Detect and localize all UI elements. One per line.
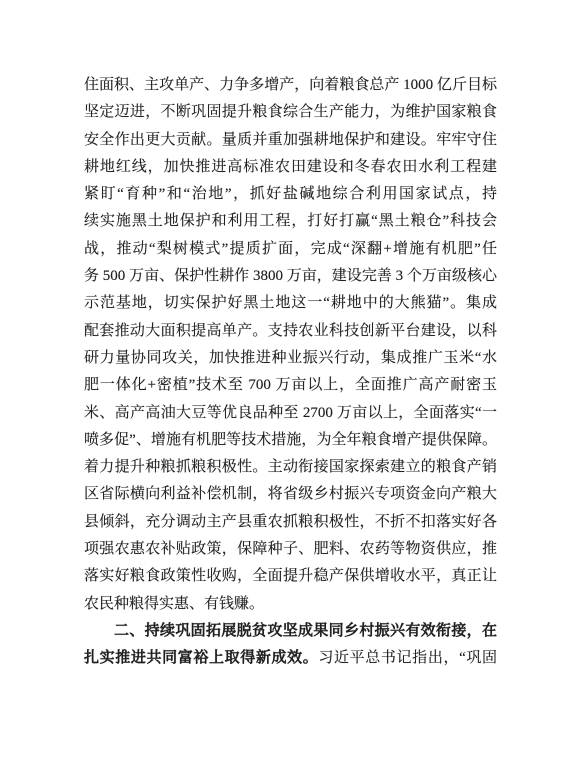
body-text-run: 示范基地，切实保护好黑土地这一“耕地中的大熊猫”。集成 [84, 295, 497, 311]
body-text-run: 县倾斜，充分调动主产县重农抓粮积极性，不折不扣落实好各 [84, 514, 497, 530]
body-text-run: 区省际横向利益补偿机制，将省级乡村振兴专项资金向产粮大 [84, 486, 497, 502]
text-line: 农民种粮得实惠、有钱赚。 [84, 591, 497, 618]
text-line: 战，推动“梨树模式”提质扩面，完成“深翻+增施有机肥”任 [84, 236, 497, 263]
body-text-run: 住面积、主攻单产、力争多增产，向着粮食总产 1000 亿斤目标 [84, 77, 497, 93]
text-line: 着力提升种粮抓粮积极性。主动衔接国家探索建立的粮食产销 [84, 454, 497, 481]
text-line: 住面积、主攻单产、力争多增产，向着粮食总产 1000 亿斤目标 [84, 72, 497, 99]
text-line: 米、高产高油大豆等优良品种至 2700 万亩以上，全面落实“一 [84, 400, 497, 427]
body-text-run: 喷多促”、增施有机肥等技术措施，为全年粮食增产提供保障。 [84, 432, 497, 448]
text-line: 安全作出更大贡献。量质并重加强耕地保护和建设。牢牢守住 [84, 127, 497, 154]
text-line: 落实好粮食政策性收购，全面提升稳产保供增收水平，真正让 [84, 563, 497, 590]
text-line: 研力量协同攻关，加快推进种业振兴行动，集成推广玉米“水 [84, 345, 497, 372]
body-text-run: 米、高产高油大豆等优良品种至 2700 万亩以上，全面落实“一 [84, 405, 497, 421]
section-heading-run: 扎实推进共同富裕上取得新成效。 [84, 650, 318, 666]
text-line: 耕地红线，加快推进高标准农田建设和冬春农田水利工程建设， [84, 154, 497, 181]
body-text-run: 落实好粮食政策性收购，全面提升稳产保供增收水平，真正让 [84, 568, 497, 584]
text-line: 县倾斜，充分调动主产县重农抓粮积极性，不折不扣落实好各 [84, 509, 497, 536]
heading-line: 扎实推进共同富裕上取得新成效。习近平总书记指出，“巩固 [84, 645, 497, 672]
text-line: 喷多促”、增施有机肥等技术措施，为全年粮食增产提供保障。 [84, 427, 497, 454]
body-text-run: 配套推动大面积提高单产。支持农业科技创新平台建设，以科 [84, 323, 497, 339]
document-page: 住面积、主攻单产、力争多增产，向着粮食总产 1000 亿斤目标坚定迈进，不断巩固… [0, 0, 586, 759]
text-line: 肥一体化+密植”技术至 700 万亩以上，全面推广高产耐密玉 [84, 372, 497, 399]
body-text-run: 紧盯“育种”和“治地”，抓好盐碱地综合利用国家试点，持 [84, 186, 497, 202]
text-line: 项强农惠农补贴政策，保障种子、肥料、农药等物资供应，推动 [84, 536, 497, 563]
text-line: 示范基地，切实保护好黑土地这一“耕地中的大熊猫”。集成 [84, 290, 497, 317]
body-text-run: 务 500 万亩、保护性耕作 3800 万亩，建设完善 3 个万亩级核心 [84, 268, 497, 284]
body-text-run: 坚定迈进，不断巩固提升粮食综合生产能力，为维护国家粮食 [84, 104, 497, 120]
text-line: 务 500 万亩、保护性耕作 3800 万亩，建设完善 3 个万亩级核心 [84, 263, 497, 290]
text-line: 配套推动大面积提高单产。支持农业科技创新平台建设，以科 [84, 318, 497, 345]
text-line: 区省际横向利益补偿机制，将省级乡村振兴专项资金向产粮大 [84, 481, 497, 508]
section-heading-run: 二、持续巩固拓展脱贫攻坚成果同乡村振兴有效衔接，在 [114, 623, 497, 639]
body-text-run: 战，推动“梨树模式”提质扩面，完成“深翻+增施有机肥”任 [84, 241, 497, 257]
text-line: 紧盯“育种”和“治地”，抓好盐碱地综合利用国家试点，持 [84, 181, 497, 208]
text-line: 续实施黑土地保护和利用工程，打好打赢“黑土粮仓”科技会 [84, 208, 497, 235]
body-text-run: 安全作出更大贡献。量质并重加强耕地保护和建设。牢牢守住 [84, 132, 497, 148]
document-text: 住面积、主攻单产、力争多增产，向着粮食总产 1000 亿斤目标坚定迈进，不断巩固… [84, 72, 497, 673]
body-text-run: 续实施黑土地保护和利用工程，打好打赢“黑土粮仓”科技会 [84, 213, 497, 229]
body-text-run: 研力量协同攻关，加快推进种业振兴行动，集成推广玉米“水 [84, 350, 497, 366]
heading-line: 二、持续巩固拓展脱贫攻坚成果同乡村振兴有效衔接，在 [84, 618, 497, 645]
text-line: 坚定迈进，不断巩固提升粮食综合生产能力，为维护国家粮食 [84, 99, 497, 126]
body-text-run: 习近平总书记指出，“巩固 [318, 650, 497, 666]
body-text-run: 耕地红线，加快推进高标准农田建设和冬春农田水利工程建设， [84, 159, 497, 181]
body-text-run: 项强农惠农补贴政策，保障种子、肥料、农药等物资供应，推动 [84, 541, 497, 563]
body-text-run: 肥一体化+密植”技术至 700 万亩以上，全面推广高产耐密玉 [84, 377, 497, 393]
body-text-run: 着力提升种粮抓粮积极性。主动衔接国家探索建立的粮食产销 [84, 459, 497, 475]
body-text-run: 农民种粮得实惠、有钱赚。 [84, 596, 264, 612]
